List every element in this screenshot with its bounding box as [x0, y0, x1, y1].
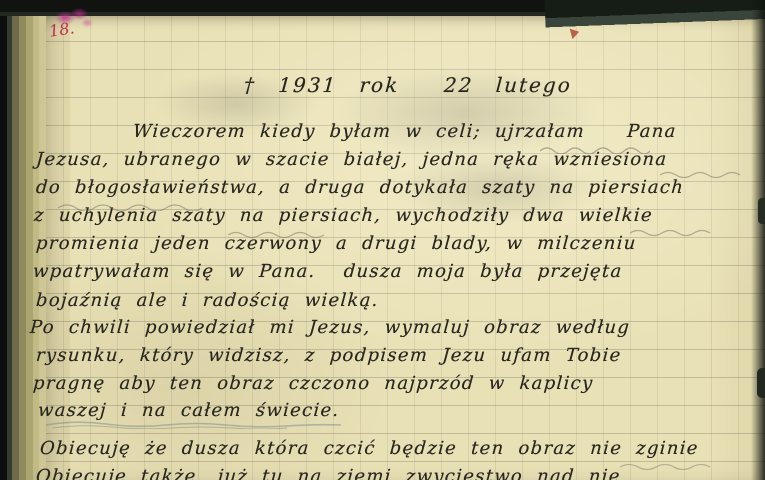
manuscript-line: Wieczorem kiedy byłam w celi; ujrzałam P…	[132, 121, 677, 143]
pencil-underline	[660, 171, 750, 179]
manuscript-photo: 18. † 1931 rok 22 lutego Wieczorem kiedy…	[0, 0, 765, 480]
manuscript-line: bojaźnią ale i radością wielką.	[35, 290, 379, 312]
manuscript-line: waszej i na całem świecie.	[37, 400, 340, 422]
manuscript-line: pragnę aby ten obraz czczono najprzód w …	[32, 373, 594, 395]
page-edge-shadow	[758, 198, 765, 224]
manuscript-line: rysunku, który widzisz, z podpisem Jezu …	[35, 345, 622, 367]
entry-heading: † 1931 rok 22 lutego	[243, 74, 572, 96]
pencil-underline	[620, 463, 720, 471]
manuscript-line: do błogosławieństwa, a druga dotykała sz…	[35, 177, 685, 199]
pencil-underline	[58, 203, 208, 211]
manuscript-line: Po chwili powiedział mi Jezus, wymaluj o…	[29, 317, 631, 339]
photo-right-edge	[751, 0, 765, 480]
pencil-underline	[630, 229, 725, 237]
pencil-underline	[540, 146, 650, 154]
manuscript-line: Obiecuję że dusza która czcić będzie ten…	[39, 438, 699, 460]
pencil-underline	[228, 231, 338, 239]
manuscript-line: wpatrywałam się w Pana. dusza moja była …	[32, 261, 623, 283]
page-number: 18.	[48, 18, 76, 40]
pencil-underline	[46, 420, 341, 429]
page-edge-shadow	[757, 368, 765, 398]
manuscript-line: Obiecuję także, już tu na ziemi zwycięst…	[35, 466, 621, 480]
